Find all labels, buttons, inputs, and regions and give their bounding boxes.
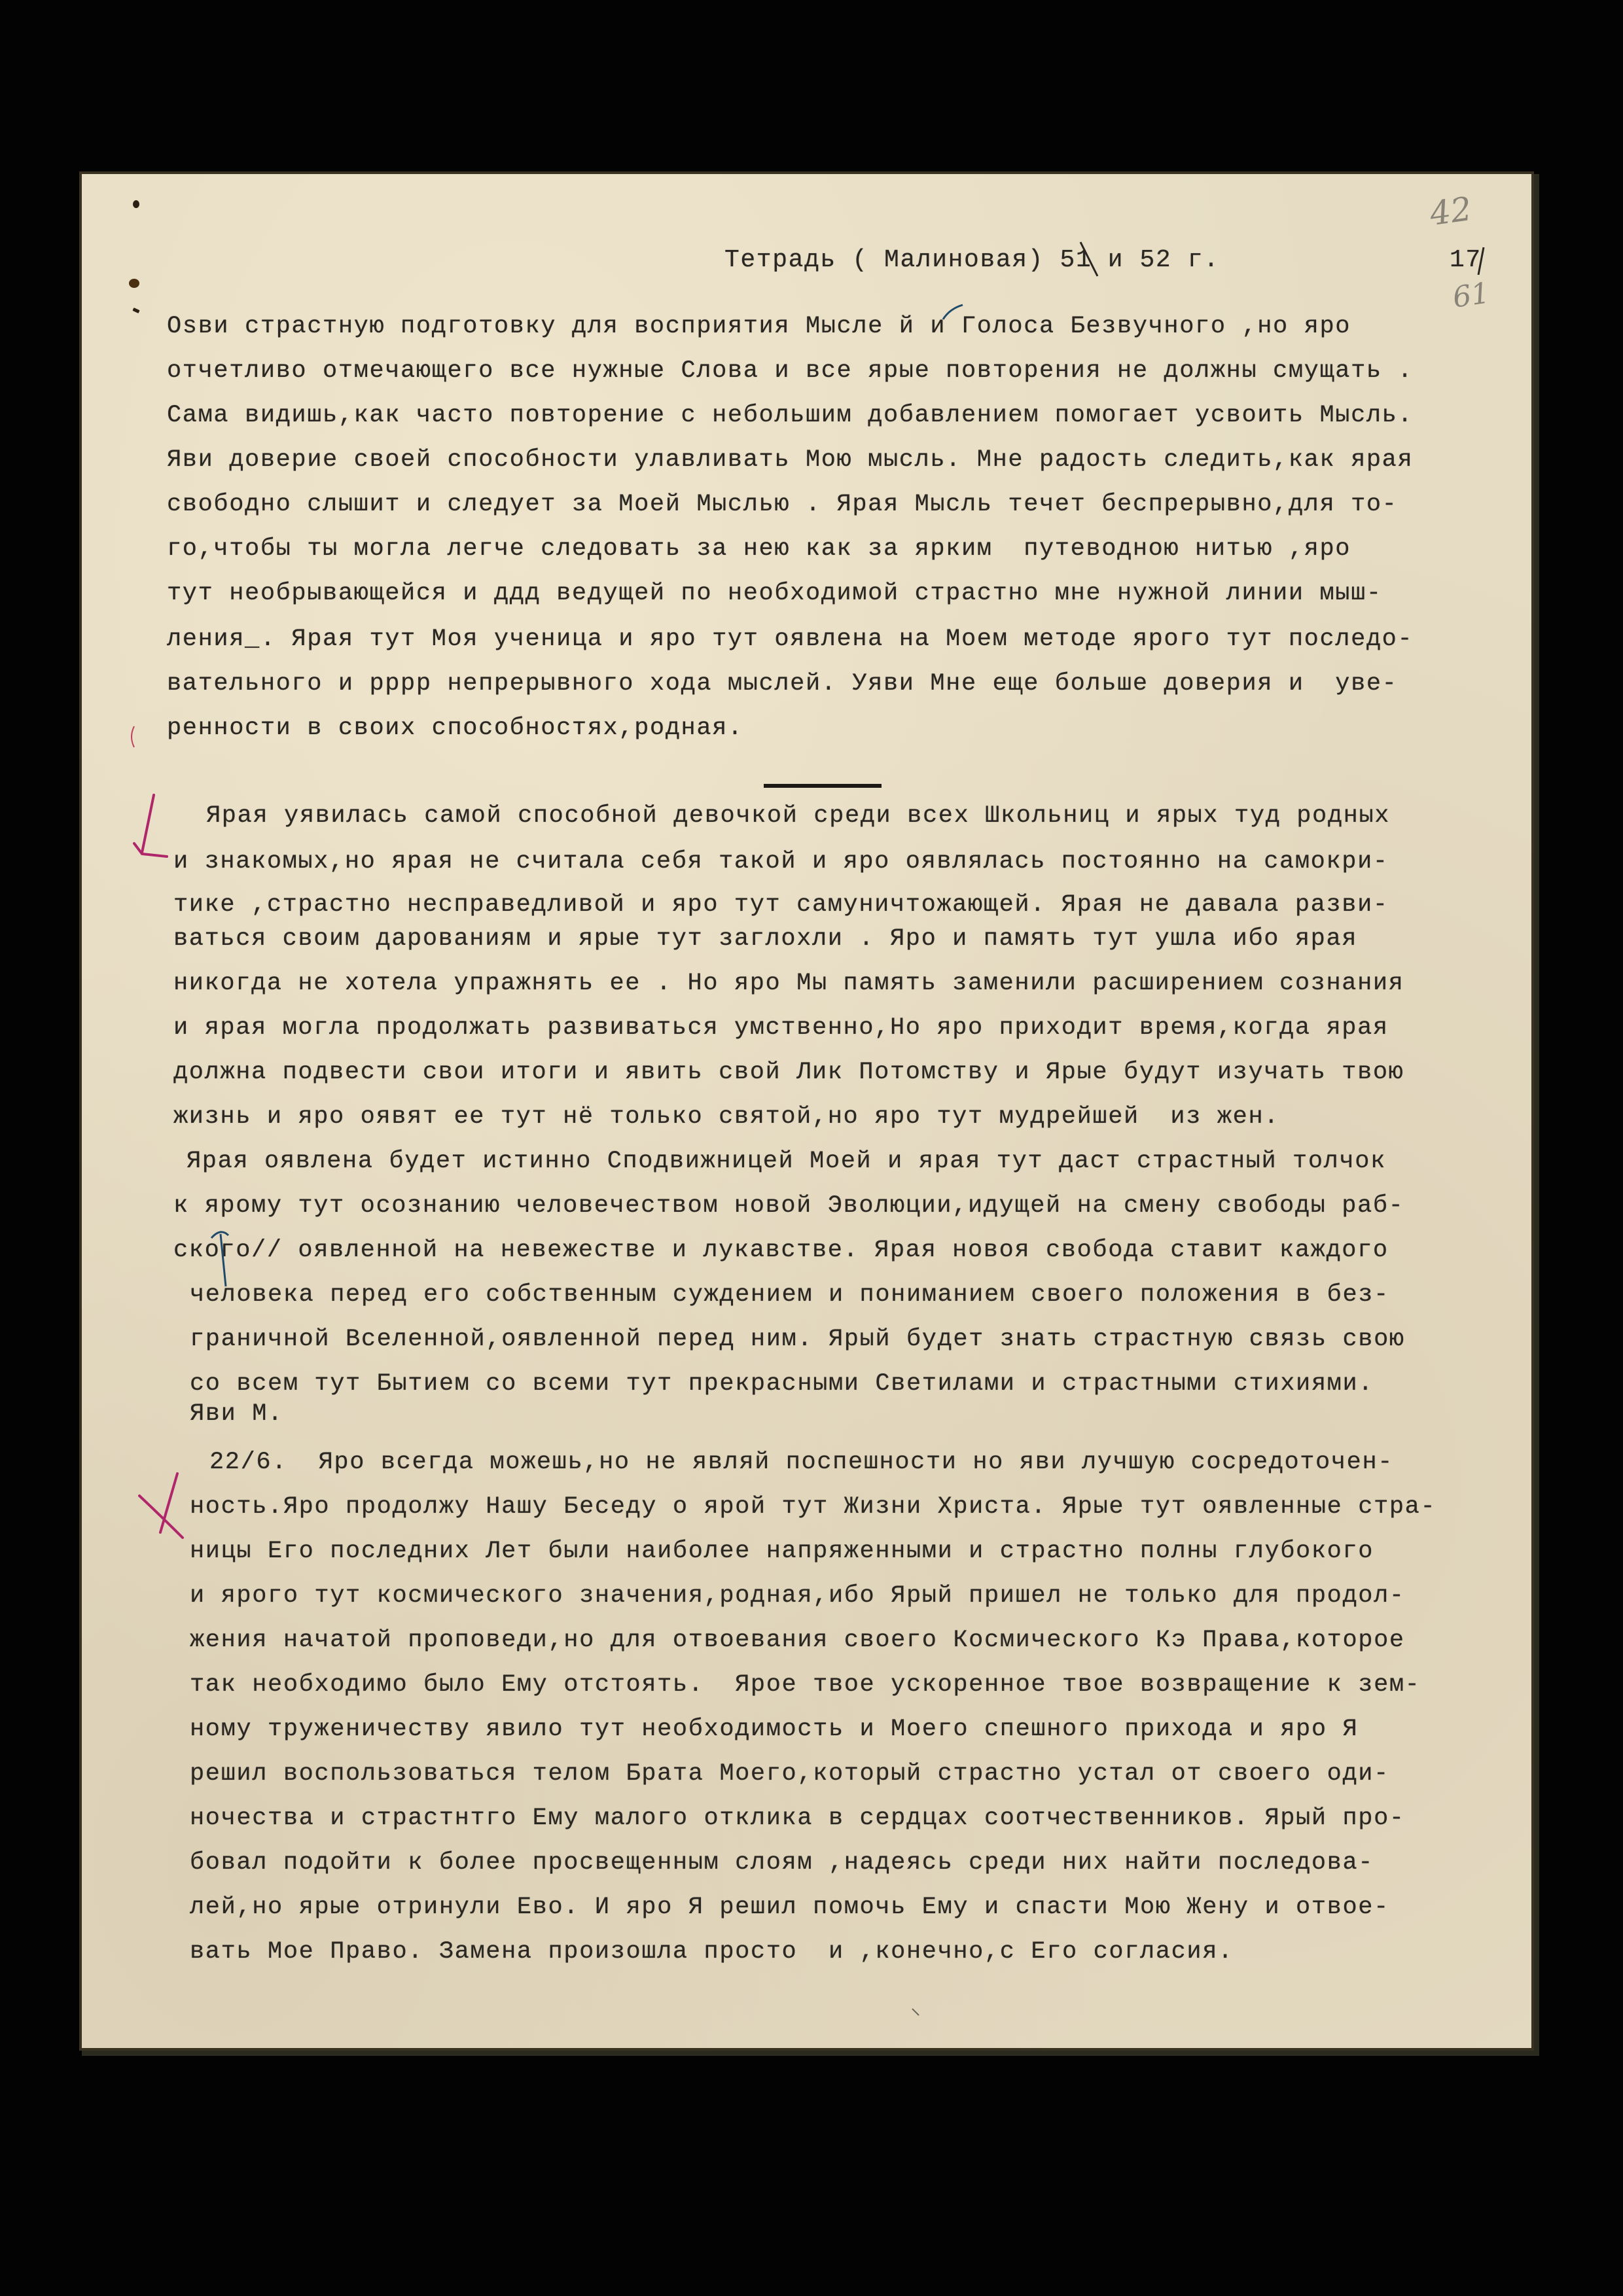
text-line: ского// оявленной на невежестве и лукавс… xyxy=(173,1237,1389,1264)
text-line: тике ,страстно несправедливой и яро тут … xyxy=(173,891,1389,919)
text-line: тут необрывающейся и ддд ведущей по необ… xyxy=(167,580,1382,607)
text-line: и ярая могла продолжать развиваться умст… xyxy=(173,1014,1389,1042)
text-line: го,чтобы ты могла легче следовать за нею… xyxy=(167,535,1351,563)
page-number-strike-icon xyxy=(1474,245,1488,277)
text-line: вательного и рррр непрерывного хода мысл… xyxy=(167,670,1398,698)
text-line: ваться своим дарованиям и ярые тут загло… xyxy=(173,925,1357,953)
correction-mark-icon xyxy=(206,1227,245,1293)
text-line: решил воспользоваться телом Брата Моего,… xyxy=(190,1760,1389,1788)
text-line: так необходимо было Ему отстоять. Ярое т… xyxy=(190,1671,1421,1699)
text-line: никогда не хотела упражнять ее . Но яро … xyxy=(173,970,1404,997)
text-line: свободно слышит и следует за Моей Мыслью… xyxy=(167,491,1398,518)
text-line: вать Мое Право. Замена произошла просто … xyxy=(190,1938,1234,1966)
text-line: ность.Яро продолжу Нашу Беседу о ярой ту… xyxy=(190,1493,1436,1521)
text-line: Ярая оявлена будет истинно Сподвижницей … xyxy=(187,1148,1386,1175)
margin-arrow-mark-icon xyxy=(115,792,173,858)
correction-mark-icon xyxy=(940,302,967,322)
punch-hole-mark xyxy=(132,308,139,313)
text-line: жения начатой проповеди,но для отвоевани… xyxy=(190,1627,1405,1654)
strike-mark-icon xyxy=(1077,239,1103,279)
text-line: и ярого тут космического значения,родная… xyxy=(190,1582,1405,1610)
margin-tick-icon xyxy=(128,724,137,750)
text-line: Сама видишь,как часто повторение с небол… xyxy=(167,402,1413,429)
text-line: отчетливо отмечающего все нужные Слова и… xyxy=(167,357,1413,385)
text-line: со всем тут Бытием со всеми тут прекрасн… xyxy=(190,1370,1374,1398)
text-line: и знакомых,но ярая не считала себя такой… xyxy=(173,848,1389,875)
text-line: жизнь и яро оявят ее тут нё только свято… xyxy=(173,1103,1279,1131)
text-line: должна подвести свои итоги и явить свой … xyxy=(173,1059,1404,1086)
text-line: Ярая уявилась самой способной девочкой с… xyxy=(206,802,1390,830)
text-line: лей,но ярые отринули Ево. И яро Я решил … xyxy=(190,1894,1389,1921)
document-title: Тетрадь ( Малиновая) 51 и 52 г. xyxy=(724,246,1220,274)
text-line: граничной Вселенной,оявленной перед ним.… xyxy=(190,1326,1405,1353)
text-line: к ярому тут осознанию человечеством ново… xyxy=(173,1192,1404,1220)
punch-hole-mark xyxy=(129,279,139,288)
section-divider xyxy=(764,784,882,788)
text-line: ления_. Ярая тут Моя ученица и яро тут о… xyxy=(167,626,1413,653)
archive-number-top: 42 xyxy=(1427,190,1474,233)
punch-hole-mark xyxy=(133,200,139,208)
text-line: бовал подойти к более просвещенным слоям… xyxy=(190,1849,1374,1877)
text-line: 22/6. Яро всегда можешь,но не являй посп… xyxy=(209,1449,1393,1476)
text-line: Оsви страстную подготовку для восприятия… xyxy=(167,313,1351,340)
text-line: ночества и страстнтго Ему малого отклика… xyxy=(190,1805,1405,1832)
text-line: ницы Его последних Лет были наиболее нап… xyxy=(190,1538,1374,1565)
pencil-tick-icon xyxy=(910,2006,923,2019)
margin-cross-mark-icon xyxy=(134,1470,193,1542)
text-line: Яви М. xyxy=(190,1400,283,1428)
text-line: Яви доверие своей способности улавливать… xyxy=(167,446,1413,474)
archive-number-bottom: 61 xyxy=(1451,276,1492,314)
text-line: человека перед его собственным суждением… xyxy=(190,1281,1389,1309)
text-line: ренности в своих способностях,родная. xyxy=(167,715,743,742)
text-line: ному труженичеству явило тут необходимос… xyxy=(190,1716,1358,1743)
document-page: 42 61 Тетрадь ( Малиновая) 51 и 52 г. 17… xyxy=(82,174,1531,2048)
